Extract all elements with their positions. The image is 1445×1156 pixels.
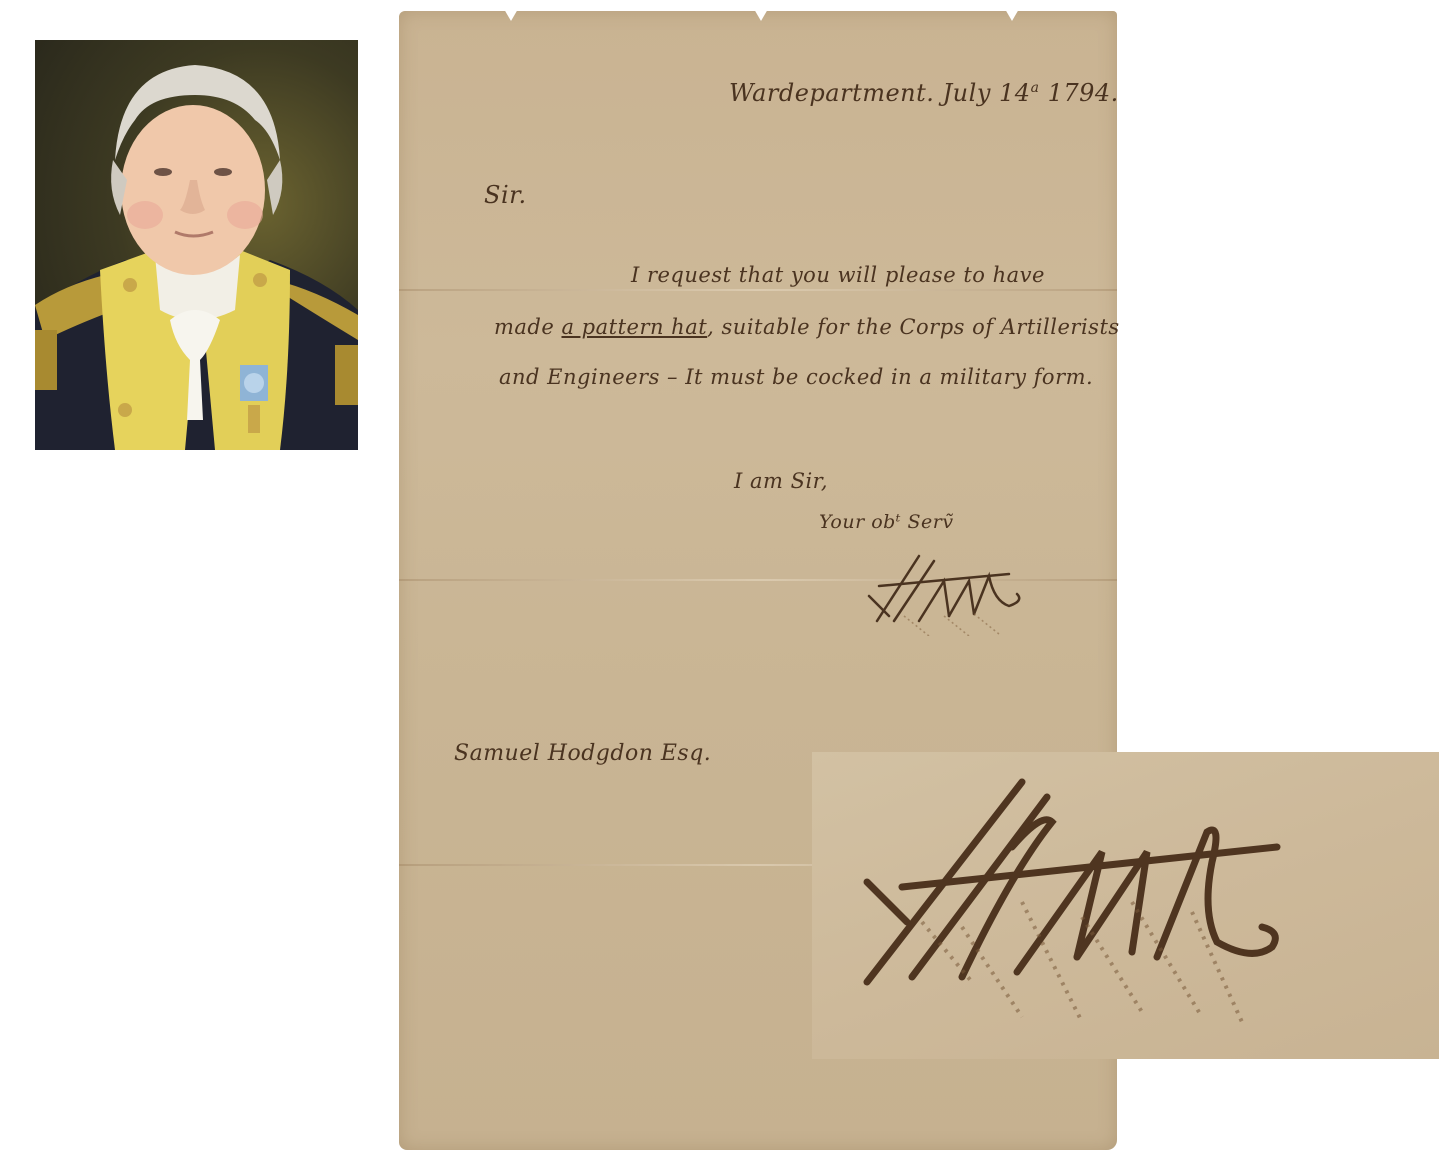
letter-body-line-2-suffix: , suitable for the Corps of Artillerists [707,315,1120,339]
page-notch [754,9,768,21]
letter-body-line-3: and Engineers – It must be cocked in a m… [499,365,1093,389]
page-notch [504,9,518,21]
letter-place: Wardepartment. [729,79,934,107]
letter-date-line: Wardepartment. July 14a 1794. [729,79,1119,107]
letter-body-line-1: I request that you will please to have [631,263,1045,287]
letter-month: July [943,79,991,107]
letter-body-line-2-prefix: made [494,315,561,339]
letter-closing-2: Your obᵗ Serṽ [819,511,954,533]
letter-day-suffix: a [1031,80,1040,96]
signature-mark [849,546,1029,636]
letter-salutation: Sir. [484,181,527,209]
letter-year: 1794. [1048,79,1119,107]
letter-day: 14 [999,79,1031,107]
page-notch [1005,9,1019,21]
letter-body-line-2: made a pattern hat, suitable for the Cor… [494,315,1120,339]
signature-detail-inset [812,752,1439,1059]
portrait-illustration [35,40,358,450]
letter-closing-1: I am Sir, [734,469,828,493]
letter-underlined-phrase: a pattern hat [561,315,707,339]
letter-addressee: Samuel Hodgdon Esq. [454,741,711,766]
fold-line [399,289,1117,291]
portrait-image [35,40,358,450]
signature-enlarged [812,752,1439,1059]
